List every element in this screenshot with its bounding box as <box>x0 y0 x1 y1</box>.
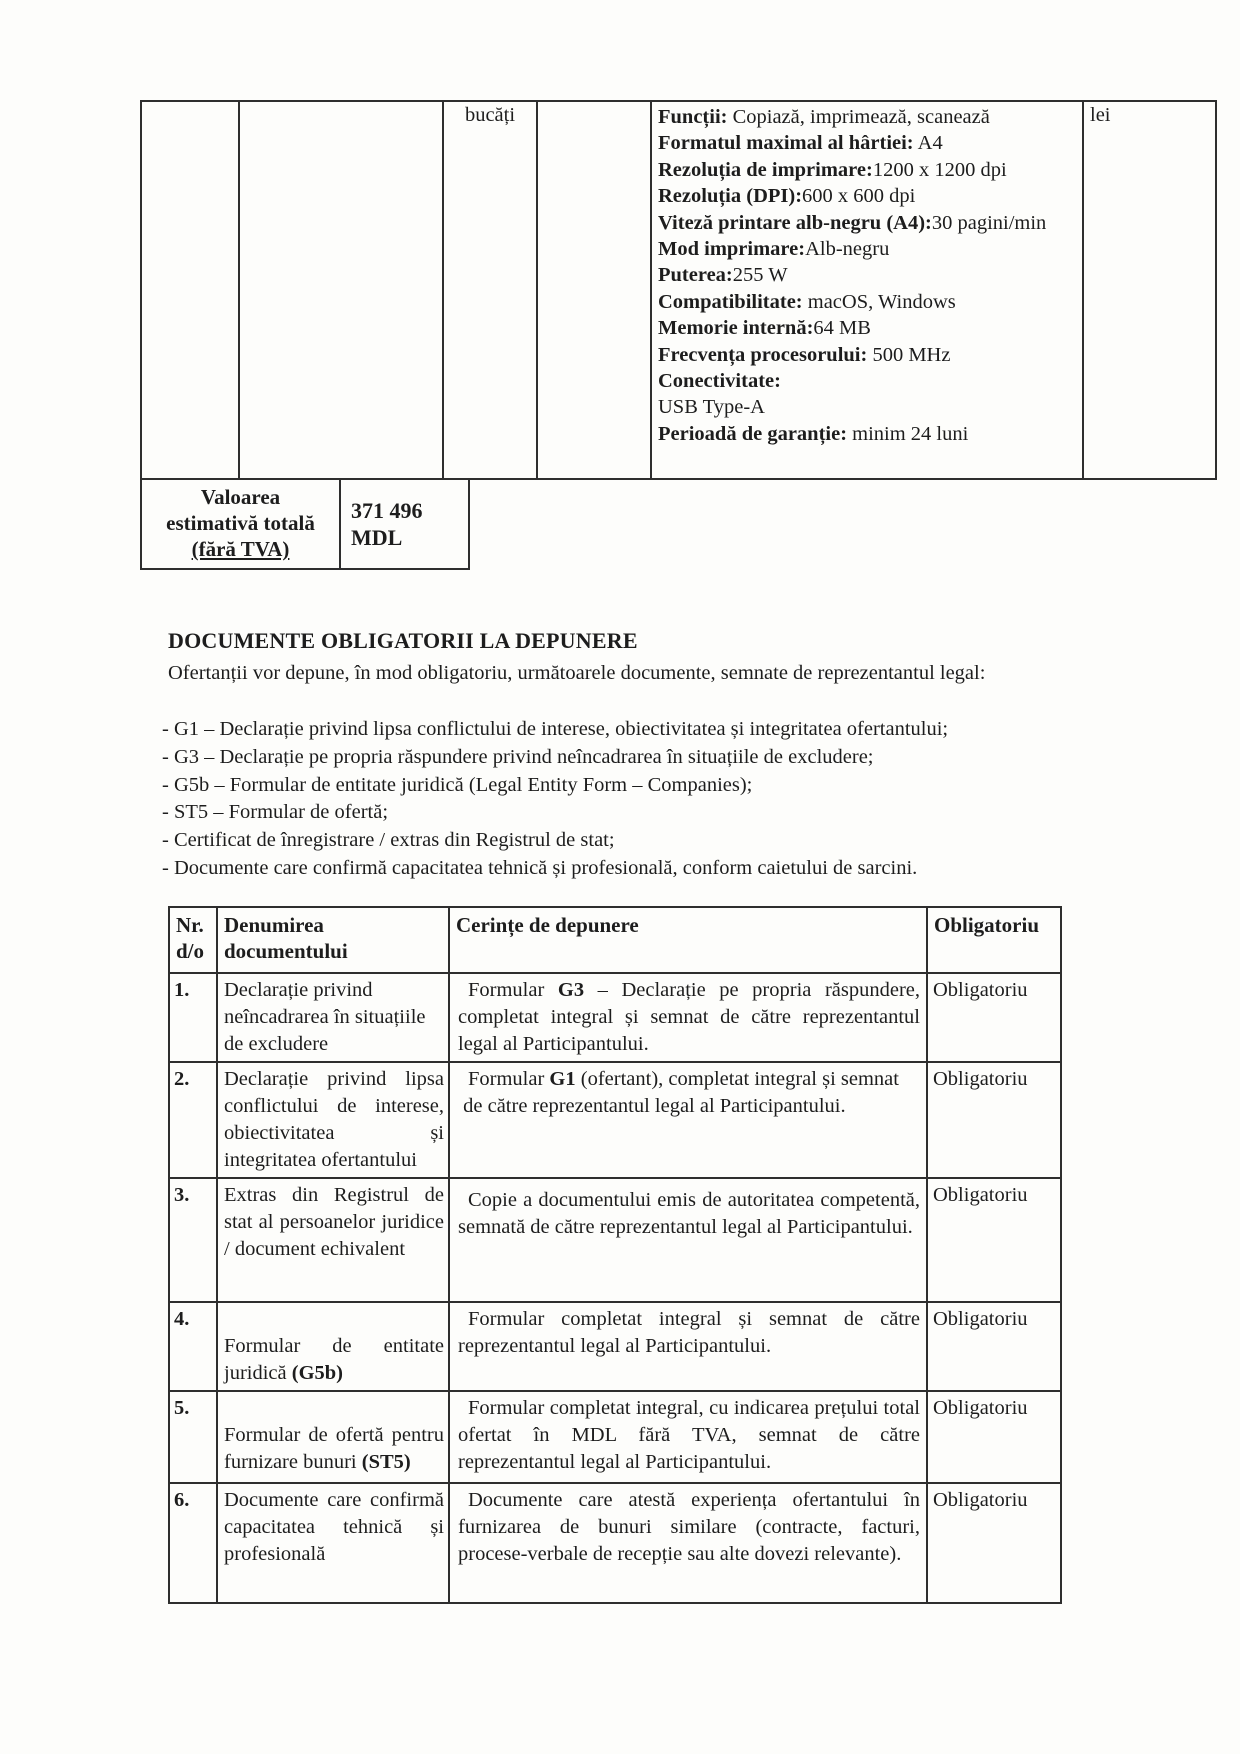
mandatory-flag-cell: Obligatoriu <box>927 973 1061 1062</box>
spec-line: Memorie internă:64 MB <box>658 315 1076 341</box>
bullet-item: - Certificat de înregistrare / extras di… <box>162 827 1172 855</box>
document-name-cell: Formular de entitate juridică (G5b) <box>217 1302 449 1391</box>
mandatory-flag-cell: Obligatoriu <box>927 1483 1061 1603</box>
mandatory-flag-cell: Obligatoriu <box>927 1391 1061 1483</box>
bullet-item: - G5b – Formular de entitate juridică (L… <box>162 772 1172 800</box>
item-spec-table: bucăți Funcții: Copiază, imprimează, sca… <box>140 100 1217 480</box>
total-label: Valoarea estimativă totală (fără TVA) <box>141 479 340 569</box>
document-name-cell: Formular de ofertă pentru furnizare bunu… <box>217 1391 449 1483</box>
total-label-line2: estimativă totală <box>144 510 337 536</box>
mandatory-flag-cell: Obligatoriu <box>927 1178 1061 1302</box>
submission-requirement-cell: Formular completat integral și semnat de… <box>449 1302 927 1391</box>
spec-lines: Funcții: Copiază, imprimează, scaneazăFo… <box>658 104 1076 447</box>
table-row: 2.Declarație privind lipsa conflictului … <box>169 1062 1061 1178</box>
row-number: 6. <box>169 1483 217 1603</box>
row-number: 5. <box>169 1391 217 1483</box>
spec-line: Frecvența procesorului: 500 MHz <box>658 342 1076 368</box>
row-number: 1. <box>169 973 217 1062</box>
table-row: 1.Declarație privind neîncadrarea în sit… <box>169 973 1061 1062</box>
document-name-cell: Declarație privind lipsa conflictului de… <box>217 1062 449 1178</box>
bullet-item: - Documente care confirmă capacitatea te… <box>162 855 1172 883</box>
unit-cell: bucăți <box>443 101 537 479</box>
row-number: 2. <box>169 1062 217 1178</box>
submission-requirement-cell: Documente care atestă experiența ofertan… <box>449 1483 927 1603</box>
total-value: 371 496 MDL <box>340 479 469 569</box>
mandatory-flag-cell: Obligatoriu <box>927 1062 1061 1178</box>
scanned-document-page: bucăți Funcții: Copiază, imprimează, sca… <box>0 0 1240 1754</box>
spec-line: USB Type-A <box>658 394 1076 420</box>
bullet-item: - G1 – Declarație privind lipsa conflict… <box>162 716 1172 744</box>
row-number: 4. <box>169 1302 217 1391</box>
requirements-table-header: Nr. d/o Denumirea documentului Cerințe d… <box>169 907 1061 973</box>
item-row: bucăți Funcții: Copiază, imprimează, sca… <box>141 101 1216 479</box>
spec-line: Rezoluția de imprimare:1200 x 1200 dpi <box>658 157 1076 183</box>
spec-line: Puterea:255 W <box>658 262 1076 288</box>
spec-line: Perioadă de garanție: minim 24 luni <box>658 421 1076 447</box>
mandatory-flag-cell: Obligatoriu <box>927 1302 1061 1391</box>
currency-cell: lei <box>1083 101 1216 479</box>
header-nr: Nr. d/o <box>169 907 217 973</box>
table-row: 3.Extras din Registrul de stat al persoa… <box>169 1178 1061 1302</box>
table-row: 5.Formular de ofertă pentru furnizare bu… <box>169 1391 1061 1483</box>
bullet-item: - ST5 – Formular de ofertă; <box>162 799 1172 827</box>
total-value-table: Valoarea estimativă totală (fără TVA) 37… <box>140 478 470 570</box>
header-document-name: Denumirea documentului <box>217 907 449 973</box>
spec-line: Conectivitate: <box>658 368 1076 394</box>
requirements-table: Nr. d/o Denumirea documentului Cerințe d… <box>168 906 1062 1604</box>
document-name-cell: Documente care confirmă capacitatea tehn… <box>217 1483 449 1603</box>
total-row: Valoarea estimativă totală (fără TVA) 37… <box>141 479 469 569</box>
bullet-item: - G3 – Declarație pe propria răspundere … <box>162 744 1172 772</box>
document-name-cell: Declarație privind neîncadrarea în situa… <box>217 973 449 1062</box>
spec-line: Formatul maximal al hârtiei: A4 <box>658 130 1076 156</box>
spec-line: Mod imprimare:Alb-negru <box>658 236 1076 262</box>
submission-requirement-cell: Formular G1 (ofertant), completat integr… <box>449 1062 927 1178</box>
submission-requirement-cell: Formular G3 – Declarație pe propria răsp… <box>449 973 927 1062</box>
spec-line: Compatibilitate: macOS, Windows <box>658 289 1076 315</box>
document-name-cell: Extras din Registrul de stat al persoane… <box>217 1178 449 1302</box>
section-heading: DOCUMENTE OBLIGATORII LA DEPUNERE <box>168 628 638 654</box>
total-label-line1: Valoarea <box>144 484 337 510</box>
empty-cell <box>537 101 651 479</box>
submission-requirement-cell: Formular completat integral, cu indicare… <box>449 1391 927 1483</box>
specs-cell: Funcții: Copiază, imprimează, scaneazăFo… <box>651 101 1083 479</box>
spec-line: Viteză printare alb-negru (A4):30 pagini… <box>658 210 1076 236</box>
submission-requirement-cell: Copie a documentului emis de autoritatea… <box>449 1178 927 1302</box>
header-requirements: Cerințe de depunere <box>449 907 927 973</box>
section-intro: Ofertanții vor depune, în mod obligatori… <box>168 660 1040 688</box>
row-number: 3. <box>169 1178 217 1302</box>
spec-line: Rezoluția (DPI):600 x 600 dpi <box>658 183 1076 209</box>
header-mandatory: Obligatoriu <box>927 907 1061 973</box>
empty-cell <box>239 101 443 479</box>
table-row: 6.Documente care confirmă capacitatea te… <box>169 1483 1061 1603</box>
empty-cell <box>141 101 239 479</box>
bullet-list: - G1 – Declarație privind lipsa conflict… <box>162 716 1172 883</box>
total-label-line3: (fără TVA) <box>144 536 337 562</box>
spec-line: Funcții: Copiază, imprimează, scanează <box>658 104 1076 130</box>
table-row: 4.Formular de entitate juridică (G5b)For… <box>169 1302 1061 1391</box>
